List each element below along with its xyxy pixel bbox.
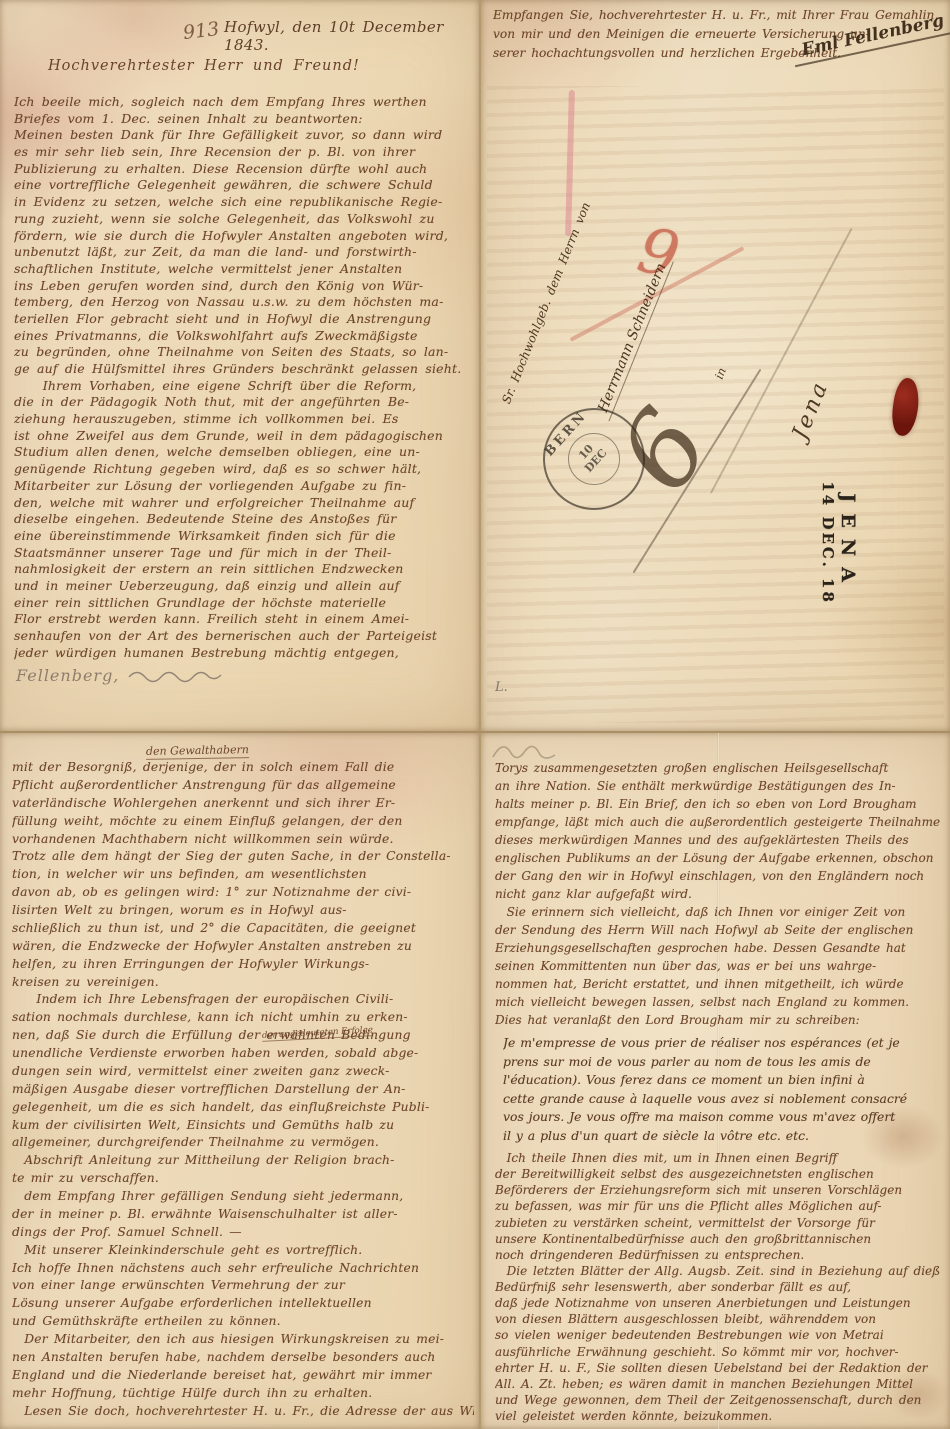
manuscript-line: Mitarbeiter zur Lösung der vorliegenden … bbox=[14, 478, 476, 493]
manuscript-line: il y a plus d'un quart de siècle la vôtr… bbox=[503, 1128, 945, 1143]
dateline: Hofwyl, den 10t December 1843. bbox=[224, 18, 479, 54]
manuscript-line: All. A. Zt. heben; es wären damit in man… bbox=[495, 1377, 945, 1391]
manuscript-line: der Bereitwilligkeit selbst des ausgezei… bbox=[495, 1167, 945, 1181]
manuscript-line: te mir zu verschaffen. bbox=[12, 1171, 474, 1185]
manuscript-line: unendliche Verdienste erworben haben wer… bbox=[12, 1046, 474, 1060]
manuscript-line: sation nochmals durchlese, kann ich nich… bbox=[12, 1010, 474, 1024]
manuscript-line: ziehung herauszugeben, stimme ich vollko… bbox=[14, 411, 476, 426]
manuscript-line: senhaufen von der Art des bernerischen a… bbox=[14, 628, 476, 643]
manuscript-line: eine vortreffliche Gelegenheit gewähren,… bbox=[14, 177, 476, 192]
manuscript-line: Je m'empresse de vous prier de réaliser … bbox=[503, 1035, 945, 1050]
manuscript-line: noch dringenderen Bedürfnissen zu entspr… bbox=[495, 1248, 945, 1262]
manuscript-line: dieses merkwürdigen Mannes und des aufge… bbox=[495, 833, 945, 847]
paragraph-block: Ich theile Ihnen dies mit, um in Ihnen e… bbox=[495, 1151, 945, 1423]
manuscript-line: England und die Niederlande bereiset hat… bbox=[12, 1368, 474, 1382]
page-bottom-left: den Gewalthabern mit der Besorgniß, derj… bbox=[0, 733, 479, 1429]
manuscript-line: tion, in welcher wir uns befinden, am we… bbox=[12, 867, 474, 881]
manuscript-line: mit der Besorgniß, derjenige, der in sol… bbox=[12, 760, 474, 774]
manuscript-line: Briefes vom 1. Dec. seinen Inhalt zu bea… bbox=[14, 111, 476, 126]
manuscript-line: gelegenheit, um die es sich handelt, das… bbox=[12, 1100, 474, 1114]
manuscript-line: cette grande cause à laquelle vous avez … bbox=[503, 1091, 945, 1106]
manuscript-line: der Gang den wir in Hofwyl einschlagen, … bbox=[495, 869, 945, 883]
manuscript-body: Ich beeile mich, sogleich nach dem Empfa… bbox=[14, 94, 476, 660]
manuscript-line: schaftlichen Institute, welche vermittel… bbox=[14, 261, 476, 276]
manuscript-line: ist ohne Zweifel aus dem Grunde, weil in… bbox=[14, 428, 476, 443]
manuscript-line: temberg, den Herzog von Nassau u.s.w. zu… bbox=[14, 294, 476, 309]
manuscript-line: jeder würdigen humanen Bestrebung mächti… bbox=[14, 645, 476, 660]
interline-heading: den Gewalthabern bbox=[146, 743, 249, 760]
manuscript-scan: 913 Hofwyl, den 10t December 1843. Hochv… bbox=[0, 0, 950, 1429]
manuscript-line: dings der Prof. Samuel Schnell. — bbox=[12, 1225, 474, 1239]
pencil-squiggle bbox=[127, 667, 223, 683]
manuscript-line: Abschrift Anleitung zur Mittheilung der … bbox=[12, 1153, 474, 1167]
manuscript-line: vaterländische Wohlergehen anerkennt und… bbox=[12, 796, 474, 810]
manuscript-line: Der Mitarbeiter, den ich aus hiesigen Wi… bbox=[12, 1332, 474, 1346]
manuscript-line: Ich beeile mich, sogleich nach dem Empfa… bbox=[14, 94, 476, 109]
manuscript-line: Bedürfniß sehr lesenswerth, aber sonderb… bbox=[495, 1280, 945, 1294]
manuscript-line: dem Empfang Ihrer gefälligen Sendung sie… bbox=[12, 1189, 474, 1203]
manuscript-line: in Evidenz zu setzen, welche sich eine r… bbox=[14, 194, 476, 209]
manuscript-line: Empfangen Sie, hochverehrtester H. u. Fr… bbox=[493, 8, 947, 22]
manuscript-line: nahmlosigkeit der erstern an rein sittli… bbox=[14, 561, 476, 576]
manuscript-line: und in meiner Ueberzeugung, daß einzig u… bbox=[14, 578, 476, 593]
manuscript-line: Trotz alle dem hängt der Sieg der guten … bbox=[12, 849, 474, 863]
manuscript-line: von diesen Blättern ausgeschlossen bleib… bbox=[495, 1312, 945, 1326]
manuscript-line: unbenutzt läßt, zur Zeit, da man die lan… bbox=[14, 244, 476, 259]
manuscript-line: l'éducation). Vous ferez dans ce moment … bbox=[503, 1072, 945, 1087]
manuscript-body: Torys zusammengesetzten großen englische… bbox=[495, 761, 945, 1423]
manuscript-line: mäßigen Ausgabe dieser vortrefflichen Da… bbox=[12, 1082, 474, 1096]
manuscript-line: Ihrem Vorhaben, eine eigene Schrift über… bbox=[14, 378, 476, 393]
manuscript-line: und Gemüthskräfte ertheilen zu können. bbox=[12, 1314, 474, 1328]
manuscript-line: ausführliche Erwähnung geschieht. So köm… bbox=[495, 1345, 945, 1359]
manuscript-line: wären, die Endzwecke der Hofwyler Anstal… bbox=[12, 939, 474, 953]
page-top-right: Empfangen Sie, hochverehrtester H. u. Fr… bbox=[481, 0, 950, 731]
archival-number: 913 bbox=[182, 18, 221, 44]
manuscript-line: Meinen besten Dank für Ihre Gefälligkeit… bbox=[14, 127, 476, 142]
paragraph-block: Torys zusammengesetzten großen englische… bbox=[495, 761, 945, 1027]
manuscript-line: zu begründen, ohne Theilnahme von Seiten… bbox=[14, 344, 476, 359]
manuscript-line: füllung weiht, möchte zu einem Einfluß g… bbox=[12, 814, 474, 828]
manuscript-line: empfange, läßt mich auch die außerordent… bbox=[495, 815, 945, 829]
manuscript-line: Publizierung zu erhalten. Diese Recensio… bbox=[14, 161, 476, 176]
manuscript-line: Lesen Sie doch, hochverehrtester H. u. F… bbox=[12, 1404, 474, 1418]
manuscript-line: seinen Kommittenten nun über das, was er… bbox=[495, 959, 945, 973]
manuscript-line: Die letzten Blätter der Allg. Augsb. Zei… bbox=[495, 1264, 945, 1278]
manuscript-line: die in der Pädagogik Noth thut, mit der … bbox=[14, 394, 476, 409]
manuscript-line: Erziehungsgesellschaften gesprochen habe… bbox=[495, 941, 945, 955]
manuscript-line: eines Privatmanns, die Volkswohlfahrt au… bbox=[14, 328, 476, 343]
manuscript-line: und Wege gewonnen, dem Theil der Zeitgen… bbox=[495, 1393, 945, 1407]
manuscript-body: mit der Besorgniß, derjenige, der in sol… bbox=[12, 760, 474, 1418]
manuscript-line: dieselbe eingehen. Bedeutende Steine des… bbox=[14, 511, 476, 526]
manuscript-line: Flor erstrebt werden kann. Freilich steh… bbox=[14, 611, 476, 626]
manuscript-line: Torys zusammengesetzten großen englische… bbox=[495, 761, 945, 775]
pencil-signature-note: Fellenberg, bbox=[16, 666, 223, 685]
manuscript-line: Beförderers der Erziehungsreform sich mi… bbox=[495, 1183, 945, 1197]
manuscript-line: Studium allen denen, welche demselben ob… bbox=[14, 444, 476, 459]
manuscript-line: Ich theile Ihnen dies mit, um in Ihnen e… bbox=[495, 1151, 945, 1165]
french-quote: Je m'empresse de vous prier de réaliser … bbox=[495, 1035, 945, 1143]
manuscript-line: Dies hat veranlaßt den Lord Brougham mir… bbox=[495, 1013, 945, 1027]
manuscript-line: prens sur moi de vous parler au nom de t… bbox=[503, 1054, 945, 1069]
manuscript-line: Mit unserer Kleinkinderschule geht es vo… bbox=[12, 1243, 474, 1257]
manuscript-line: zubieten zu verstärken scheint, vermitte… bbox=[495, 1216, 945, 1230]
manuscript-line: mehr Hoffnung, tüchtige Hülfe durch ihn … bbox=[12, 1386, 474, 1400]
manuscript-line: von einer lange erwünschten Vermehrung d… bbox=[12, 1278, 474, 1292]
manuscript-line: so vielen weniger bedeutenden Bestrebung… bbox=[495, 1328, 945, 1342]
manuscript-line: davon ab, ob es gelingen wird: 1° zur No… bbox=[12, 885, 474, 899]
salutation: Hochverehrtester Herr und Freund! bbox=[48, 58, 360, 74]
manuscript-line: an ihre Nation. Sie enthält merkwürdige … bbox=[495, 779, 945, 793]
manuscript-line: nen Anstalten berufen habe, nachdem ders… bbox=[12, 1350, 474, 1364]
pencil-note-text: Fellenberg, bbox=[16, 666, 119, 685]
manuscript-line: englischen Publikums an der Lösung der A… bbox=[495, 851, 945, 865]
manuscript-line: Pflicht außerordentlicher Anstrengung fü… bbox=[12, 778, 474, 792]
manuscript-line: kum der civilisirten Welt, Einsichts und… bbox=[12, 1118, 474, 1132]
manuscript-line: schließlich zu thun ist, und 2° die Capa… bbox=[12, 921, 474, 935]
manuscript-line: allgemeiner, durchgreifender Theilnahme … bbox=[12, 1135, 474, 1149]
manuscript-line: Sie erinnern sich vielleicht, daß ich Ih… bbox=[495, 905, 945, 919]
jena-datestamp: JENA 14 DEC. 18 bbox=[799, 470, 859, 616]
scan-seam-vertical bbox=[479, 0, 481, 1429]
manuscript-line: unsere Kontinentalbedürfnisse auch den g… bbox=[495, 1232, 945, 1246]
manuscript-line: Ich hoffe Ihnen nächstens auch sehr erfr… bbox=[12, 1261, 474, 1275]
manuscript-line: einer rein sittlichen Grundlage der höch… bbox=[14, 595, 476, 610]
page-bottom-right: Torys zusammengesetzten großen englische… bbox=[481, 733, 950, 1429]
manuscript-line: zu befassen, was mir für uns die Pflicht… bbox=[495, 1199, 945, 1213]
manuscript-line: dungen sein wird, vermittelst einer zwei… bbox=[12, 1064, 474, 1078]
manuscript-line: helfen, zu ihren Erringungen der Hofwyle… bbox=[12, 957, 474, 971]
manuscript-line: Staatsmänner unserer Tage und für mich i… bbox=[14, 545, 476, 560]
manuscript-line: kreisen zu vereinigen. bbox=[12, 975, 474, 989]
manuscript-line: ehrter H. u. F., Sie sollten diesen Uebe… bbox=[495, 1361, 945, 1375]
manuscript-line: nommen hat, Bericht erstattet, und ihnen… bbox=[495, 977, 945, 991]
manuscript-line: eine übereinstimmende Wirksamkeit finden… bbox=[14, 528, 476, 543]
manuscript-line: nicht ganz klar aufgefaßt wird. bbox=[495, 887, 945, 901]
pencil-mark: L. bbox=[495, 680, 508, 695]
manuscript-line: ins Leben gerufen worden sind, durch den… bbox=[14, 278, 476, 293]
manuscript-line: den, welche mit wahrer und erfolgreicher… bbox=[14, 495, 476, 510]
manuscript-line: es mir sehr lieb sein, Ihre Recension de… bbox=[14, 144, 476, 159]
manuscript-line: Indem ich Ihre Lebensfragen der europäis… bbox=[12, 992, 474, 1006]
manuscript-line: vos jours. Je vous offre ma maison comme… bbox=[503, 1109, 945, 1124]
manuscript-line: nen, daß Sie durch die Erfüllung der erw… bbox=[12, 1028, 474, 1042]
page-top-left: 913 Hofwyl, den 10t December 1843. Hochv… bbox=[0, 0, 479, 731]
manuscript-line: lisirten Welt zu bringen, worum es in Ho… bbox=[12, 903, 474, 917]
manuscript-line: Lösung unserer Aufgabe erforderlichen in… bbox=[12, 1296, 474, 1310]
scan-seam-horizontal bbox=[0, 731, 950, 733]
jena-stamp-town: JENA bbox=[837, 468, 859, 618]
manuscript-line: fördern, wie sie durch die Hofwyler Anst… bbox=[14, 228, 476, 243]
manuscript-line: halts meiner p. Bl. Ein Brief, den ich s… bbox=[495, 797, 945, 811]
manuscript-line: ge auf die Hülfsmittel ihres Gründers be… bbox=[14, 361, 476, 376]
manuscript-line: vorhandenen Machthabern nicht willkommen… bbox=[12, 832, 474, 846]
manuscript-line: der in meiner p. Bl. erwähnte Waisenschu… bbox=[12, 1207, 474, 1221]
manuscript-line: rung zuzieht, wenn sie solche Gelegenhei… bbox=[14, 211, 476, 226]
manuscript-line: viel geleistet werden könnte, beizukomme… bbox=[495, 1409, 945, 1423]
manuscript-line: der Sendung des Herrn Will nach Hofwyl a… bbox=[495, 923, 945, 937]
manuscript-line: daß jede Notiznahme von unseren Anerbiet… bbox=[495, 1296, 945, 1310]
manuscript-line: teriellen Flor gebracht sieht und in Hof… bbox=[14, 311, 476, 326]
manuscript-line: genügende Richtung gegeben wird, daß es … bbox=[14, 461, 476, 476]
jena-stamp-date: 14 DEC. 18 bbox=[819, 468, 837, 618]
manuscript-line: mich vielleicht bewegen lassen, selbst n… bbox=[495, 995, 945, 1009]
